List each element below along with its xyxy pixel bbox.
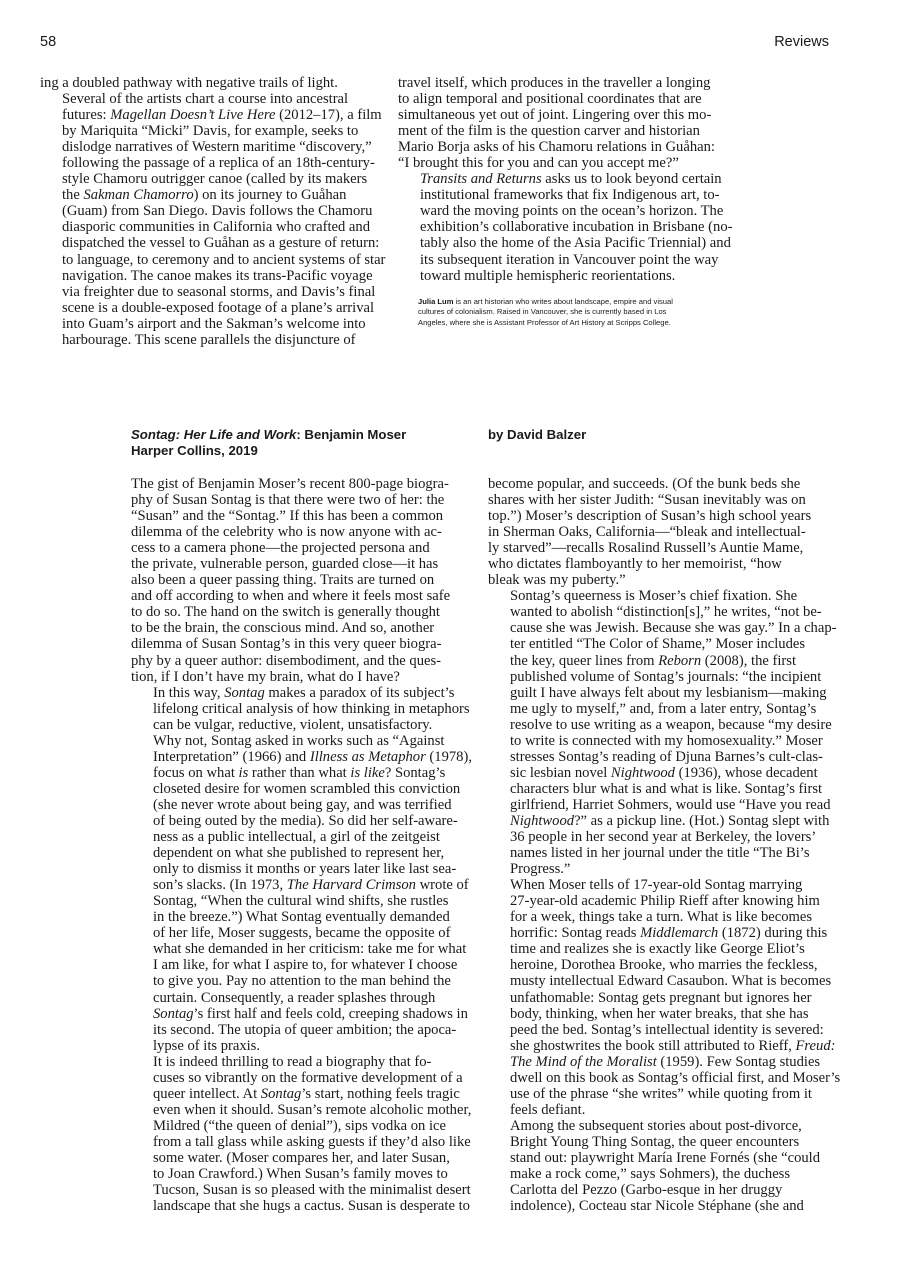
text-line: focus on what is rather than what is lik… — [131, 765, 481, 781]
text-line: can be vulgar, reductive, violent, unsat… — [131, 717, 481, 733]
text-line: by Mariquita “Micki” Davis, for example,… — [40, 123, 400, 139]
paragraph: travel itself, which produces in the tra… — [398, 75, 778, 171]
text-line: Sontag’s queerness is Moser’s chief fixa… — [488, 588, 838, 604]
text-line: curtain. Consequently, a reader splashes… — [131, 990, 481, 1006]
text-line: Why not, Sontag asked in works such as “… — [131, 733, 481, 749]
text-line: Carlotta del Pezzo (Garbo-esque in her d… — [488, 1182, 838, 1198]
text-line: top.”) Moser’s description of Susan’s hi… — [488, 508, 838, 524]
text-line: son’s slacks. (In 1973, The Harvard Crim… — [131, 877, 481, 893]
text-line: guilt I have always felt about my lesbia… — [488, 685, 838, 701]
review-right-column: become popular, and succeeds. (Of the bu… — [488, 476, 838, 1214]
text-line: Mario Borja asks of his Chamoru relation… — [398, 139, 778, 155]
text-line: sic lesbian novel Nightwood (1936), whos… — [488, 765, 838, 781]
review-left-column: The gist of Benjamin Moser’s recent 800-… — [131, 476, 481, 1214]
text-line: 36 people in her second year at Berkeley… — [488, 829, 838, 845]
text-line: via freighter due to seasonal storms, an… — [40, 284, 400, 300]
text-line: simultaneous yet out of joint. Lingering… — [398, 107, 778, 123]
text-line: following the passage of a replica of an… — [40, 155, 400, 171]
text-line: unfathomable: Sontag gets pregnant but i… — [488, 990, 838, 1006]
text-line: futures: Magellan Doesn’t Live Here (201… — [40, 107, 400, 123]
text-line: Bright Young Thing Sontag, the queer enc… — [488, 1134, 838, 1150]
text-line: ter entitled “The Color of Shame,” Moser… — [488, 636, 838, 652]
text-line: “Susan” and the “Sontag.” If this has be… — [131, 508, 481, 524]
paragraph: The gist of Benjamin Moser’s recent 800-… — [131, 476, 481, 685]
text-line: Sontag, “When the cultural wind shifts, … — [131, 893, 481, 909]
text-line: dispatched the vessel to Guåhan as a ges… — [40, 235, 400, 251]
text-line: toward multiple hemispheric reorientatio… — [398, 268, 778, 284]
text-line: heroine, Dorothea Brooke, who marries th… — [488, 957, 838, 973]
text-line: navigation. The canoe makes its trans-Pa… — [40, 268, 400, 284]
text-line: bleak was my puberty.” — [488, 572, 838, 588]
text-line: (she never wrote about being gay, and wa… — [131, 797, 481, 813]
text-line: ly starved”—recalls Rosalind Russell’s A… — [488, 540, 838, 556]
text-line: musty intellectual Edward Casaubon. What… — [488, 973, 838, 989]
text-line: exhibition’s collaborative incubation in… — [398, 219, 778, 235]
text-line: to Joan Crawford.) When Susan’s family m… — [131, 1166, 481, 1182]
text-line: Interpretation” (1966) and Illness as Me… — [131, 749, 481, 765]
paragraph: Transits and Returns asks us to look bey… — [398, 171, 778, 283]
paragraph: It is indeed thrilling to read a biograp… — [131, 1054, 481, 1214]
text-line: to language, to ceremony and to ancient … — [40, 252, 400, 268]
text-line: resolve to use writing as a weapon, beca… — [488, 717, 838, 733]
text-line: queer intellect. At Sontag’s start, noth… — [131, 1086, 481, 1102]
text-line: of her life, Moser suggests, became the … — [131, 925, 481, 941]
text-line: even when it should. Susan’s remote alco… — [131, 1102, 481, 1118]
paragraph: Sontag’s queerness is Moser’s chief fixa… — [488, 588, 838, 877]
text-line: cause she was Jewish. Because she was ga… — [488, 620, 838, 636]
author-bio: Julia Lum is an art historian who writes… — [418, 297, 778, 328]
text-line: The gist of Benjamin Moser’s recent 800-… — [131, 476, 481, 492]
text-line: peed the bed. Sontag’s intellectual iden… — [488, 1022, 838, 1038]
section-title: Reviews — [774, 34, 829, 50]
text-line: she ghostwrites the book still attribute… — [488, 1038, 838, 1054]
text-line: stand out: playwright María Irene Fornés… — [488, 1150, 838, 1166]
text-line: use of the phrase “she writes” while quo… — [488, 1086, 838, 1102]
review-publisher: Harper Collins, 2019 — [131, 443, 406, 459]
review-book-info: Sontag: Her Life and Work: Benjamin Mose… — [131, 427, 406, 459]
text-line: Tucson, Susan is so pleased with the min… — [131, 1182, 481, 1198]
text-line: closeted desire for women scrambled this… — [131, 781, 481, 797]
text-line: its second. The utopia of queer ambition… — [131, 1022, 481, 1038]
text-line: from a tall glass while asking guests if… — [131, 1134, 481, 1150]
text-line: some water. (Moser compares her, and lat… — [131, 1150, 481, 1166]
text-line: become popular, and succeeds. (Of the bu… — [488, 476, 838, 492]
text-line: dilemma of Susan Sontag’s in this very q… — [131, 636, 481, 652]
review-book-title: Sontag: Her Life and Work: Benjamin Mose… — [131, 427, 406, 443]
text-line: Progress.” — [488, 861, 838, 877]
text-line: Transits and Returns asks us to look bey… — [398, 171, 778, 187]
text-line: indolence), Cocteau star Nicole Stéphane… — [488, 1198, 838, 1214]
text-line: It is indeed thrilling to read a biograp… — [131, 1054, 481, 1070]
text-line: dwell on this book as Sontag’s official … — [488, 1070, 838, 1086]
text-line: lypse of its praxis. — [131, 1038, 481, 1054]
text-line: phy of Susan Sontag is that there were t… — [131, 492, 481, 508]
text-line: travel itself, which produces in the tra… — [398, 75, 778, 91]
text-line: to be the brain, the conscious mind. And… — [131, 620, 481, 636]
text-line: Several of the artists chart a course in… — [40, 91, 400, 107]
text-line: me ugly to myself,” and, from a later en… — [488, 701, 838, 717]
text-line: dependent on what she published to repre… — [131, 845, 481, 861]
page-number: 58 — [40, 34, 56, 50]
text-line: its subsequent iteration in Vancouver po… — [398, 252, 778, 268]
text-line: phy by a queer author: disembodiment, an… — [131, 653, 481, 669]
text-line: ward the moving points on the ocean’s ho… — [398, 203, 778, 219]
text-line: the private, vulnerable person, guarded … — [131, 556, 481, 572]
text-line: feels defiant. — [488, 1102, 838, 1118]
paragraph: become popular, and succeeds. (Of the bu… — [488, 476, 838, 588]
text-line: Julia Lum is an art historian who writes… — [418, 297, 778, 307]
text-line: In this way, Sontag makes a paradox of i… — [131, 685, 481, 701]
text-line: cultures of colonialism. Raised in Vanco… — [418, 307, 778, 317]
text-line: ing a doubled pathway with negative trai… — [40, 75, 400, 91]
text-line: in the breeze.”) What Sontag eventually … — [131, 909, 481, 925]
text-line: Among the subsequent stories about post-… — [488, 1118, 838, 1134]
text-line: for a week, things take a turn. What is … — [488, 909, 838, 925]
paragraph: When Moser tells of 17-year-old Sontag m… — [488, 877, 838, 1118]
text-line: “I brought this for you and can you acce… — [398, 155, 778, 171]
text-line: style Chamoru outrigger canoe (called by… — [40, 171, 400, 187]
previous-article-right-column: travel itself, which produces in the tra… — [398, 75, 778, 284]
text-line: to do so. The hand on the switch is gene… — [131, 604, 481, 620]
text-line: institutional frameworks that fix Indige… — [398, 187, 778, 203]
text-line: body, thinking, when her water breaks, t… — [488, 1006, 838, 1022]
text-line: cuses so vibrantly on the formative deve… — [131, 1070, 481, 1086]
text-line: time and realizes she is exactly like Ge… — [488, 941, 838, 957]
paragraph: Several of the artists chart a course in… — [40, 91, 400, 348]
text-line: names listed in her journal under the ti… — [488, 845, 838, 861]
text-line: cess to a camera phone—the projected per… — [131, 540, 481, 556]
text-line: girlfriend, Harriet Sohmers, would use “… — [488, 797, 838, 813]
text-line: only to dismiss it months or years later… — [131, 861, 481, 877]
text-line: and off according to when and where it f… — [131, 588, 481, 604]
text-line: dislodge narratives of Western maritime … — [40, 139, 400, 155]
paragraph: Among the subsequent stories about post-… — [488, 1118, 838, 1214]
text-line: in Sherman Oaks, California—“bleak and i… — [488, 524, 838, 540]
review-byline: by David Balzer — [488, 427, 586, 443]
text-line: 27-year-old academic Philip Rieff after … — [488, 893, 838, 909]
text-line: to write is connected with my homosexual… — [488, 733, 838, 749]
text-line: horrific: Sontag reads Middlemarch (1872… — [488, 925, 838, 941]
text-line: tion, if I don’t have my brain, what do … — [131, 669, 481, 685]
text-line: lifelong critical analysis of how thinki… — [131, 701, 481, 717]
paragraph: In this way, Sontag makes a paradox of i… — [131, 685, 481, 1054]
text-line: to align temporal and positional coordin… — [398, 91, 778, 107]
text-line: ness as a public intellectual, a girl of… — [131, 829, 481, 845]
text-line: shares with her sister Judith: “Susan in… — [488, 492, 838, 508]
text-line: Sontag’s first half and feels cold, cree… — [131, 1006, 481, 1022]
text-line: the key, queer lines from Reborn (2008),… — [488, 653, 838, 669]
text-line: wanted to abolish “distinction[s],” he w… — [488, 604, 838, 620]
text-line: harbourage. This scene parallels the dis… — [40, 332, 400, 348]
text-line: Mildred (“the queen of denial”), sips vo… — [131, 1118, 481, 1134]
previous-article-left-column: ing a doubled pathway with negative trai… — [40, 75, 400, 348]
text-line: (Guam) from San Diego. Davis follows the… — [40, 203, 400, 219]
text-line: stresses Sontag’s reading of Djuna Barne… — [488, 749, 838, 765]
text-line: ment of the film is the question carver … — [398, 123, 778, 139]
text-line: also been a queer passing thing. Traits … — [131, 572, 481, 588]
text-line: characters blur what is and what is like… — [488, 781, 838, 797]
text-line: what she demanded in her criticism: take… — [131, 941, 481, 957]
text-line: of being outed by the media). So did her… — [131, 813, 481, 829]
text-line: published volume of Sontag’s journals: “… — [488, 669, 838, 685]
text-line: dilemma of the celebrity who is now anyo… — [131, 524, 481, 540]
text-line: who dictates flamboyantly to her memoiri… — [488, 556, 838, 572]
text-line: diasporic communities in California who … — [40, 219, 400, 235]
text-line: make a rock come,” says Sohmers), the du… — [488, 1166, 838, 1182]
text-line: to give you. Pay no attention to the man… — [131, 973, 481, 989]
text-line: The Mind of the Moralist (1959). Few Son… — [488, 1054, 838, 1070]
text-line: into Guam’s airport and the Sakman’s wel… — [40, 316, 400, 332]
text-line: scene is a double-exposed footage of a p… — [40, 300, 400, 316]
text-line: the Sakman Chamorro) on its journey to G… — [40, 187, 400, 203]
text-line: I am like, for what I aspire to, for wha… — [131, 957, 481, 973]
text-line: When Moser tells of 17-year-old Sontag m… — [488, 877, 838, 893]
text-line: tably also the home of the Asia Pacific … — [398, 235, 778, 251]
paragraph: ing a doubled pathway with negative trai… — [40, 75, 400, 91]
text-line: Angeles, where she is Assistant Professo… — [418, 318, 778, 328]
text-line: Nightwood?” as a pickup line. (Hot.) Son… — [488, 813, 838, 829]
text-line: landscape that she hugs a cactus. Susan … — [131, 1198, 481, 1214]
